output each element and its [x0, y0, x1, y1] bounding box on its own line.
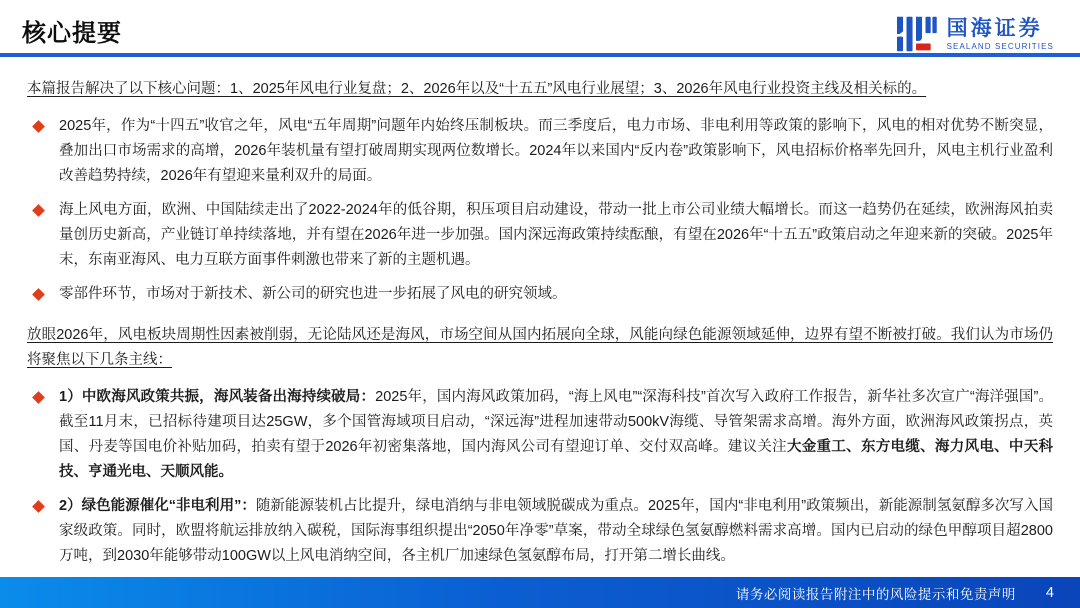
bullet-item-mainline-2: 2）绿色能源催化“非电利用”：随新能源装机占比提升，绿电消纳与非电领域脱碳成为重…: [27, 494, 1053, 569]
diamond-bullet-icon: [32, 120, 45, 133]
bullet-item-mainline-1: 1）中欧海风政策共振，海风装备出海持续破局：2025年，国内海风政策加码，“海上…: [27, 385, 1053, 485]
diamond-bullet-icon: [32, 500, 45, 513]
outlook-paragraph: 放眼2026年，风电板块周期性因素被削弱，无论陆风还是海风，市场空间从国内拓展向…: [27, 323, 1053, 373]
logo-name-cn: 国海证券: [947, 18, 1054, 39]
bullet-item-review-1: 2025年，作为“十四五”收官之年，风电“五年周期”问题年内始终压制板块。而三季…: [27, 114, 1053, 189]
bullet-lead-bold: 1）中欧海风政策共振，海风装备出海持续破局：: [59, 389, 375, 405]
slide-body: 本篇报告解决了以下核心问题：1、2025年风电行业复盘；2、2026年以及“十五…: [0, 57, 1080, 577]
slide-header: 核心提要 国海证券 SEALAND SECURITIES: [0, 0, 1080, 57]
bullet-text: 零部件环节，市场对于新技术、新公司的研究也进一步拓展了风电的研究领域。: [59, 282, 1053, 307]
bullet-item-review-3: 零部件环节，市场对于新技术、新公司的研究也进一步拓展了风电的研究领域。: [27, 282, 1053, 307]
company-logo: 国海证券 SEALAND SECURITIES: [894, 15, 1054, 53]
disclaimer-text: 请务必阅读报告附注中的风险提示和免责声明: [736, 583, 1016, 603]
bullet-item-review-2: 海上风电方面，欧洲、中国陆续走出了2022-2024年的低谷期，积压项目启动建设…: [27, 198, 1053, 273]
diamond-bullet-icon: [32, 288, 45, 301]
sealand-logo-icon: [894, 15, 938, 53]
page-title: 核心提要: [22, 13, 122, 48]
logo-text: 国海证券 SEALAND SECURITIES: [947, 18, 1054, 51]
bullet-text: 海上风电方面，欧洲、中国陆续走出了2022-2024年的低谷期，积压项目启动建设…: [59, 198, 1053, 273]
logo-name-en: SEALAND SECURITIES: [947, 43, 1054, 51]
slide-footer: 请务必阅读报告附注中的风险提示和免责声明 4: [0, 577, 1080, 608]
diamond-bullet-icon: [32, 391, 45, 404]
bullet-lead-bold: 2）绿色能源催化“非电利用”：: [59, 498, 256, 514]
bullet-text: 2）绿色能源催化“非电利用”：随新能源装机占比提升，绿电消纳与非电领域脱碳成为重…: [59, 494, 1053, 569]
bullet-text: 2025年，作为“十四五”收官之年，风电“五年周期”问题年内始终压制板块。而三季…: [59, 114, 1053, 189]
diamond-bullet-icon: [32, 204, 45, 217]
intro-paragraph: 本篇报告解决了以下核心问题：1、2025年风电行业复盘；2、2026年以及“十五…: [27, 77, 1053, 102]
page-number: 4: [1046, 585, 1054, 601]
bullet-text: 1）中欧海风政策共振，海风装备出海持续破局：2025年，国内海风政策加码，“海上…: [59, 385, 1053, 485]
